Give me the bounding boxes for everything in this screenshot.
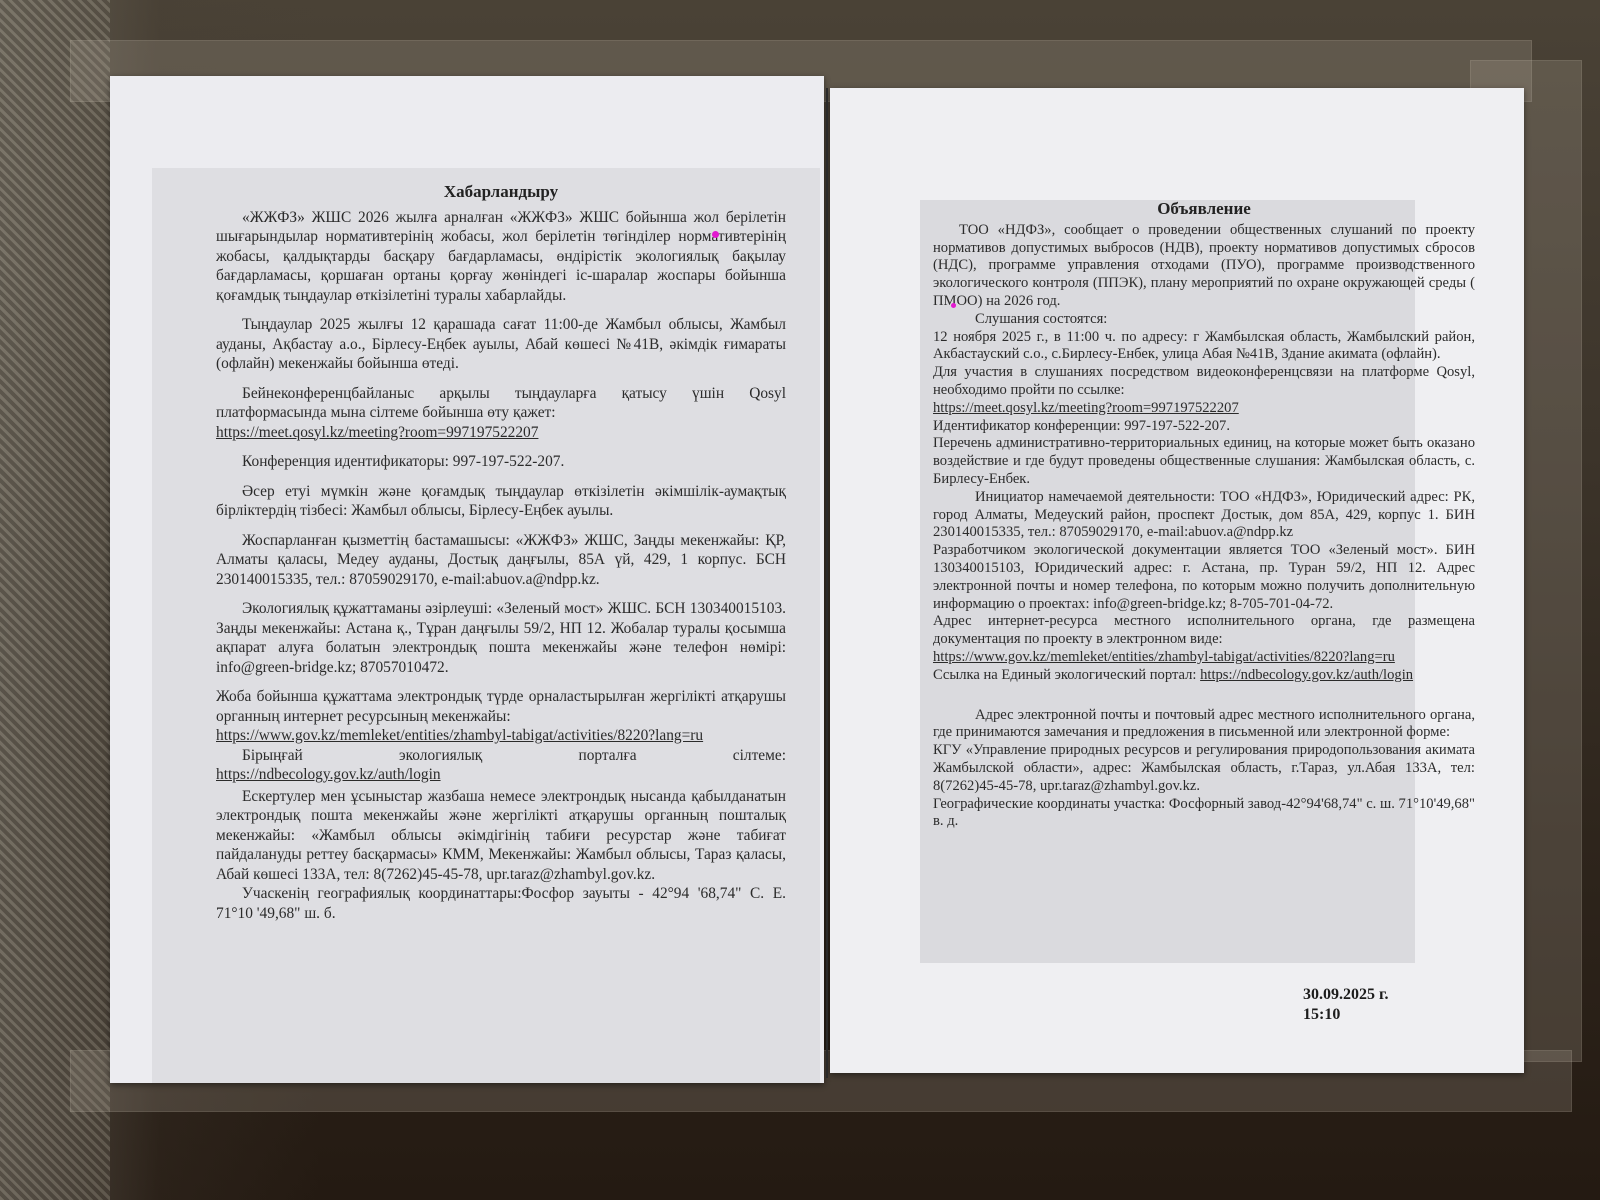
initiator-paragraph: Инициатор намечаемой деятельности: ТОО «… — [933, 489, 1475, 542]
notice-title: Хабарландыру — [216, 182, 786, 202]
initiator-paragraph: Жоспарланған қызметтің бастамашысы: «ЖЖФ… — [216, 531, 786, 590]
comments-paragraph: Адрес электронной почты и почтовый адрес… — [933, 707, 1475, 743]
stamp-date: 30.09.2025 г. — [1303, 985, 1388, 1005]
stamp-time: 15:10 — [1303, 1005, 1388, 1025]
portal-link[interactable]: https://ndbecology.gov.kz/auth/login — [216, 766, 441, 783]
coordinates-paragraph: Учаскенің географиялық координаттары:Фос… — [216, 884, 786, 923]
documentation-paragraph: Жоба бойынша құжаттама электрондық түрде… — [216, 687, 786, 726]
hearing-date-paragraph: Тыңдаулар 2025 жылғы 12 қарашада сағат 1… — [216, 315, 786, 374]
hearings-heading: Слушания состоятся: — [933, 311, 1475, 329]
gov-link[interactable]: https://www.gov.kz/memleket/entities/zha… — [933, 649, 1395, 665]
comments-paragraph: Ескертулер мен ұсыныстар жазбаша немесе … — [216, 787, 786, 885]
authority-paragraph: КГУ «Управление природных ресурсов и рег… — [933, 742, 1475, 795]
video-conference-paragraph: Бейнеконференцбайланыс арқылы тыңдауларғ… — [216, 384, 786, 423]
developer-paragraph: Разработчиком экологической документации… — [933, 542, 1475, 613]
developer-paragraph: Экологиялық құжаттаманы әзірлеуші: «Зеле… — [216, 599, 786, 677]
pink-mark — [951, 303, 956, 308]
intro-paragraph: «ЖЖФЗ» ЖШС 2026 жылға арналған «ЖЖФЗ» ЖШ… — [216, 208, 786, 306]
conference-id: Идентификатор конференции: 997-197-522-2… — [933, 418, 1475, 436]
video-conference-paragraph: Для участия в слушаниях посредством виде… — [933, 364, 1475, 400]
russian-notice: Объявление ТОО «НДФЗ», сообщает о провед… — [933, 200, 1475, 831]
sheet-divider — [826, 88, 828, 1078]
territorial-units-paragraph: Перечень административно-территориальных… — [933, 435, 1475, 488]
territorial-units-paragraph: Әсер етуі мүмкін және қоғамдық тыңдаулар… — [216, 482, 786, 521]
notice-title: Объявление — [933, 200, 1475, 218]
wall-background — [0, 0, 110, 1200]
posting-stamp: 30.09.2025 г. 15:10 — [1303, 985, 1388, 1025]
portal-link[interactable]: https://ndbecology.gov.kz/auth/login — [1200, 667, 1413, 683]
portal-label: Ссылка на Единый экологический портал: — [933, 667, 1196, 683]
gov-link[interactable]: https://www.gov.kz/memleket/entities/zha… — [216, 727, 703, 744]
coordinates-paragraph: Географические координаты участка: Фосфо… — [933, 796, 1475, 832]
hearing-date-paragraph: 12 ноября 2025 г., в 11:00 ч. по адресу:… — [933, 329, 1475, 365]
meeting-link[interactable]: https://meet.qosyl.kz/meeting?room=99719… — [216, 424, 538, 441]
kazakh-notice: Хабарландыру «ЖЖФЗ» ЖШС 2026 жылға арнал… — [216, 182, 786, 933]
intro-paragraph: ТОО «НДФЗ», сообщает о проведении общест… — [933, 222, 1475, 311]
meeting-link[interactable]: https://meet.qosyl.kz/meeting?room=99719… — [933, 400, 1239, 416]
documentation-paragraph: Адрес интернет-ресурса местного исполнит… — [933, 613, 1475, 649]
portal-label: Бірыңғай экологиялық порталға сілтеме: — [216, 746, 786, 766]
pink-mark — [712, 231, 719, 238]
conference-id: Конференция идентификаторы: 997-197-522-… — [216, 452, 786, 472]
